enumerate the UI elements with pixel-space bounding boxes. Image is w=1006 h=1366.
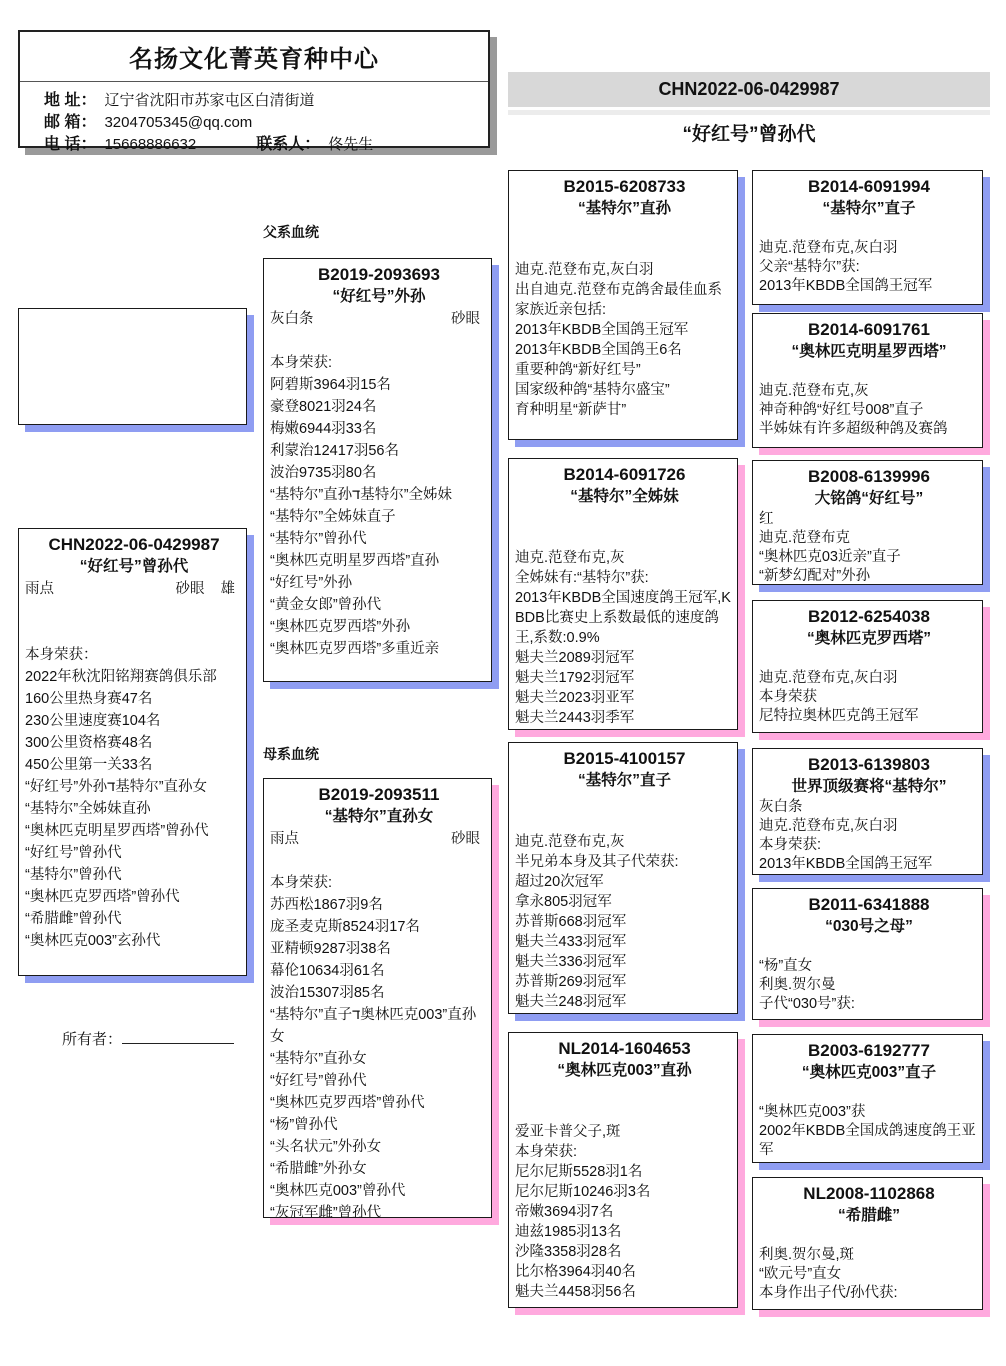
pedigree-line: “基特尔”直子ד奥林匹克003”直孙女 (270, 1004, 488, 1048)
ring-number: B2019-2093511 (270, 784, 488, 806)
pedigree-line: “欧元号”直女 (759, 1265, 979, 1284)
pedigree-details: 利奥.贺尔曼,斑“欧元号”直女本身作出子代/孙代获: (759, 1227, 979, 1303)
pedigree-line (515, 508, 734, 528)
pedigree-details: 本身荣获:阿碧斯3964羽15名豪登8021羽24名梅嫩6944羽33名利蒙治1… (270, 330, 488, 660)
ring-number: B2013-6139803 (759, 754, 979, 776)
ring-number: B2012-6254038 (759, 606, 979, 628)
pedigree-line: 利奥.贺尔曼 (759, 976, 979, 995)
pedigree-line: “基特尔”直孙ד基特尔”全姊妹 (270, 484, 488, 506)
pedigree-details: 迪克.范登布克,灰神奇种鸽“好红号008”直子半姊妹有许多超级种鸽及赛鸽 (759, 363, 979, 439)
pedigree-line: 豪登8021羽24名 (270, 396, 488, 418)
pedigree-line: 魁夫兰248羽冠军 (515, 992, 734, 1012)
feather-color: 雨点 (25, 578, 54, 600)
pedigree-line: “基特尔”曾孙代 (25, 864, 243, 886)
traits-row: 灰白条 砂眼 (270, 308, 488, 330)
pedigree-details: 本身荣获:苏西松1867羽9名庞圣麦克斯8524羽17名亚精顿9287羽38名幕… (270, 850, 488, 1218)
pedigree-line: “奥林匹克03近亲”直子 (759, 548, 979, 567)
pigeon-name: “基特尔”直孙 (515, 198, 734, 220)
pedigree-line: 利蒙治12417羽56名 (270, 440, 488, 462)
ring-number: B2019-2093693 (270, 264, 488, 286)
pedigree-line: “灰冠军雌”曾孙代 (270, 1202, 488, 1218)
pigeon-name: “基特尔”直子 (759, 198, 979, 220)
pedigree-line: “基特尔”直孙女 (270, 1048, 488, 1070)
pedigree-line: “基特尔”全姊妹直子 (270, 506, 488, 528)
ring-number: B2015-6208733 (515, 176, 734, 198)
pedigree-line (270, 330, 488, 352)
pedigree-line (270, 850, 488, 872)
photo-placeholder-box (18, 308, 247, 425)
breeder-center-name: 名扬文化菁英育种中心 (20, 39, 488, 74)
pedigree-line: 育种明星“新萨甘” (515, 400, 734, 420)
pedigree-line: 苏普斯668羽冠军 (515, 912, 734, 932)
great-grandparent-box-5: B2013-6139803 世界顶级赛将“基特尔” 灰白条迪克.范登布克,灰白羽… (752, 748, 983, 875)
pedigree-line: “基特尔”曾孙代 (270, 528, 488, 550)
pedigree-line (759, 363, 979, 382)
grandparent-box-2: B2014-6091726 “基特尔”全姊妹 迪克.范登布克,灰全姊妹有:“基特… (508, 458, 738, 730)
pedigree-line (515, 528, 734, 548)
pedigree-line: “奥林匹克003”曾孙代 (270, 1180, 488, 1202)
pedigree-line: 苏普斯269羽冠军 (515, 972, 734, 992)
pedigree-line: “黄金女郎”曾孙代 (270, 594, 488, 616)
pedigree-line: “好红号”外孙 (270, 572, 488, 594)
ring-number: B2014-6091994 (759, 176, 979, 198)
pedigree-line: 苏西松1867羽9名 (270, 894, 488, 916)
pedigree-line: “希腊雌”曾孙代 (25, 908, 243, 930)
breeder-header-box: 名扬文化菁英育种中心 地 址： 辽宁省沈阳市苏家屯区白清街道 邮 箱： 3204… (18, 30, 490, 148)
pedigree-line: 2013年KBDB全国鸽王冠军 (759, 855, 979, 874)
pedigree-line: 重要种鸽“新好红号” (515, 360, 734, 380)
pedigree-details: 迪克.范登布克,灰白羽本身荣获尼特拉奥林匹克鸽王冠军 (759, 650, 979, 726)
address-label: 地 址： (44, 90, 96, 112)
ring-number: B2003-6192777 (759, 1040, 979, 1062)
phone-row: 电 话： 15668886632 联系人： 佟先生 (20, 134, 488, 156)
pedigree-line: “奥林匹克003”玄孙代 (25, 930, 243, 952)
pedigree-line: 帝嫩3694羽7名 (515, 1202, 734, 1222)
pigeon-name: “基特尔”直子 (515, 770, 734, 792)
pedigree-line: 爱亚卡普父子,斑 (515, 1122, 734, 1142)
pedigree-line: 波治15307羽85名 (270, 982, 488, 1004)
pedigree-line: 尼尔尼斯10246羽3名 (515, 1182, 734, 1202)
ring-number: B2014-6091761 (759, 319, 979, 341)
pedigree-line: 魁夫兰2023羽亚军 (515, 688, 734, 708)
great-grandparent-box-8: NL2008-1102868 “希腊雌” 利奥.贺尔曼,斑“欧元号”直女本身作出… (752, 1177, 983, 1310)
pedigree-line: “好红号”曾孙代 (270, 1070, 488, 1092)
pigeon-name: “希腊雌” (759, 1205, 979, 1227)
pedigree-line: 2022年秋沈阳铭翔赛鸽俱乐部 (25, 666, 243, 688)
great-grandparent-box-2: B2014-6091761 “奥林匹克明星罗西塔” 迪克.范登布克,灰神奇种鸽“… (752, 313, 983, 448)
pigeon-name: “基特尔”直孙女 (270, 806, 488, 828)
email-value: 3204705345@qq.com (104, 112, 252, 134)
pigeon-name: “奥林匹克003”直子 (759, 1062, 979, 1084)
pedigree-line: 梅嫩6944羽33名 (270, 418, 488, 440)
pedigree-line: 300公里资格赛48名 (25, 732, 243, 754)
pedigree-line (25, 600, 243, 622)
pedigree-line: 迪兹1985羽13名 (515, 1222, 734, 1242)
pedigree-line: 比尔格3964羽40名 (515, 1262, 734, 1282)
pedigree-line: 魁夫兰4458羽56名 (515, 1282, 734, 1302)
pedigree-line: 2013年KBDB全国速度鸽王冠军,KBDB比赛史上系数最低的速度鸽王,系数:0… (515, 588, 734, 648)
pedigree-line: 2013年KBDB全国鸽王6名 (515, 340, 734, 360)
pedigree-line: 幕伦10634羽61名 (270, 960, 488, 982)
pedigree-line: 2002年KBDB全国成鸽速度鸽王亚军 (759, 1122, 979, 1160)
contact-value: 佟先生 (328, 134, 373, 156)
pedigree-line: 迪克.范登布克,灰 (515, 548, 734, 568)
eye-color: 砂眼 (451, 308, 480, 330)
pedigree-line: 利奥.贺尔曼,斑 (759, 1246, 979, 1265)
great-grandparent-box-6: B2011-6341888 “030号之母” “杨”直女利奥.贺尔曼子代“030… (752, 888, 983, 1020)
sex: 雄 (221, 578, 236, 600)
ring-number: B2011-6341888 (759, 894, 979, 916)
owner-label: 所有者： (62, 1031, 122, 1048)
grandparent-box-1: B2015-6208733 “基特尔”直孙 迪克.范登布克,灰白羽出自迪克.范登… (508, 170, 738, 440)
pedigree-line: 迪克.范登布克,灰 (515, 832, 734, 852)
header-divider (20, 81, 488, 82)
pedigree-line: 本身荣获 (759, 688, 979, 707)
pedigree-line (515, 1102, 734, 1122)
pigeon-name: “030号之母” (759, 916, 979, 938)
great-grandparent-box-1: B2014-6091994 “基特尔”直子 迪克.范登布克,灰白羽父亲“基特尔”… (752, 170, 983, 305)
grandparent-box-3: B2015-4100157 “基特尔”直子 迪克.范登布克,灰半兄弟本身及其子代… (508, 742, 738, 1014)
subject-pigeon-box: CHN2022-06-0429987 “好红号”曾孙代 雨点 砂眼 雄 本身荣获… (18, 528, 247, 976)
pedigree-line: 魁夫兰1792羽冠军 (515, 668, 734, 688)
pedigree-line: “基特尔”全姊妹直孙 (25, 798, 243, 820)
ring-number: NL2008-1102868 (759, 1183, 979, 1205)
pedigree-line: “希腊雌”外孙女 (270, 1158, 488, 1180)
pedigree-line: “好红号”曾孙代 (25, 842, 243, 864)
pedigree-line: 魁夫兰2089羽冠军 (515, 648, 734, 668)
address-row: 地 址： 辽宁省沈阳市苏家屯区白清街道 (20, 90, 488, 112)
pedigree-line: 本身作出子代/孙代获: (759, 1284, 979, 1303)
eye-color: 砂眼 (451, 828, 480, 850)
grandparent-box-4: NL2014-1604653 “奥林匹克003”直孙 爱亚卡普父子,斑本身荣获:… (508, 1032, 738, 1308)
pedigree-line: 庞圣麦克斯8524羽17名 (270, 916, 488, 938)
pedigree-line: 波治9735羽80名 (270, 462, 488, 484)
pedigree-details: 迪克.范登布克,灰半兄弟本身及其子代荣获:超过20次冠军拿永805羽冠军苏普斯6… (515, 792, 734, 1012)
pedigree-line: 沙隆3358羽28名 (515, 1242, 734, 1262)
pedigree-line: “头名状元”外孙女 (270, 1136, 488, 1158)
pigeon-name: “好红号”外孙 (270, 286, 488, 308)
great-grandparent-box-7: B2003-6192777 “奥林匹克003”直子 “奥林匹克003”获2002… (752, 1034, 983, 1163)
pedigree-line: 本身荣获: (759, 836, 979, 855)
ring-number-bar: CHN2022-06-0429987 (508, 72, 990, 107)
pedigree-line: 迪克.范登布克,灰白羽 (759, 239, 979, 258)
pedigree-line: 迪克.范登布克,灰白羽 (515, 260, 734, 280)
pedigree-line: 2013年KBDB全国鸽王冠军 (759, 277, 979, 296)
pedigree-line: 父亲“基特尔”获: (759, 258, 979, 277)
sire-line-label: 父系血统 (263, 222, 319, 242)
pedigree-line: 160公里热身赛47名 (25, 688, 243, 710)
pedigree-details: 灰白条迪克.范登布克,灰白羽本身荣获:2013年KBDB全国鸽王冠军 (759, 798, 979, 874)
pedigree-line: 魁夫兰336羽冠军 (515, 952, 734, 972)
pigeon-name: 大铭鸽“好红号” (759, 488, 979, 510)
pedigree-details: “奥林匹克003”获2002年KBDB全国成鸽速度鸽王亚军 (759, 1084, 979, 1160)
pedigree-line: 家族近亲包括: (515, 300, 734, 320)
pedigree-details: 迪克.范登布克,灰白羽出自迪克.范登布克鸽舍最佳血系家族近亲包括:2013年KB… (515, 220, 734, 420)
pedigree-line: “奥林匹克明星罗西塔”直孙 (270, 550, 488, 572)
pedigree-line (515, 1082, 734, 1102)
pedigree-details: 红迪克.范登布克“奥林匹克03近亲”直子“新梦幻配对”外孙 (759, 510, 979, 585)
phone-value: 15668886632 (104, 134, 196, 156)
pedigree-line: “奥林匹克明星罗西塔”曾孙代 (25, 820, 243, 842)
pedigree-line: 半姊妹有许多超级种鸽及赛鸽 (759, 420, 979, 439)
ring-number: B2015-4100157 (515, 748, 734, 770)
pedigree-line: 本身荣获: (515, 1142, 734, 1162)
great-grandparent-box-3: B2008-6139996 大铭鸽“好红号” 红迪克.范登布克“奥林匹克03近亲… (752, 460, 983, 585)
pedigree-line: 红 (759, 510, 979, 529)
pedigree-line: 迪克.范登布克,灰白羽 (759, 669, 979, 688)
pigeon-name: “好红号”曾孙代 (25, 556, 243, 578)
pigeon-name: “基特尔”全姊妹 (515, 486, 734, 508)
pedigree-line (515, 812, 734, 832)
feather-color: 灰白条 (270, 308, 314, 330)
pedigree-line: “杨”曾孙代 (270, 1114, 488, 1136)
pedigree-line: 迪克.范登布克,灰 (759, 382, 979, 401)
pedigree-line (515, 220, 734, 240)
owner-signature-line (122, 1029, 234, 1044)
pedigree-line: 尼尔尼斯5528羽1名 (515, 1162, 734, 1182)
pedigree-line: “奥林匹克罗西塔”曾孙代 (270, 1092, 488, 1114)
pedigree-line: 出自迪克.范登布克鸽舍最佳血系 (515, 280, 734, 300)
ring-bar-strip (508, 110, 990, 115)
ring-number: B2008-6139996 (759, 466, 979, 488)
pedigree-line (759, 650, 979, 669)
dam-box: B2019-2093511 “基特尔”直孙女 雨点 砂眼 本身荣获:苏西松186… (263, 778, 492, 1218)
pedigree-line: 子代“030号”获: (759, 995, 979, 1014)
pigeon-name: “奥林匹克明星罗西塔” (759, 341, 979, 363)
pedigree-line: 超过20次冠军 (515, 872, 734, 892)
pedigree-line: 2013年KBDB全国鸽王冠军 (515, 320, 734, 340)
pedigree-details: 迪克.范登布克,灰白羽父亲“基特尔”获:2013年KBDB全国鸽王冠军 (759, 220, 979, 296)
eye-color: 砂眼 (176, 578, 205, 600)
sire-box: B2019-2093693 “好红号”外孙 灰白条 砂眼 本身荣获:阿碧斯396… (263, 258, 492, 682)
pedigree-line: 本身荣获: (270, 352, 488, 374)
address-value: 辽宁省沈阳市苏家屯区白清街道 (104, 90, 314, 112)
pedigree-line: 迪克.范登布克 (759, 529, 979, 548)
pedigree-line: 230公里速度赛104名 (25, 710, 243, 732)
ring-number: B2014-6091726 (515, 464, 734, 486)
pedigree-line (759, 1084, 979, 1103)
ring-number: NL2014-1604653 (515, 1038, 734, 1060)
pedigree-line (515, 792, 734, 812)
pedigree-details: 迪克.范登布克,灰全姊妹有:“基特尔”获:2013年KBDB全国速度鸽王冠军,K… (515, 508, 734, 728)
pedigree-line (759, 1227, 979, 1246)
pedigree-line: 国家级种鸽“基特尔盛宝” (515, 380, 734, 400)
pedigree-line: 魁夫兰433羽冠军 (515, 932, 734, 952)
pedigree-line: 魁夫兰2443羽季军 (515, 708, 734, 728)
pedigree-line: “好红号”外孙ד基特尔”直孙女 (25, 776, 243, 798)
phone-label: 电 话： (44, 134, 96, 156)
pedigree-details: 爱亚卡普父子,斑本身荣获:尼尔尼斯5528羽1名尼尔尼斯10246羽3名帝嫩36… (515, 1082, 734, 1302)
pedigree-line: “新梦幻配对”外孙 (759, 567, 979, 585)
feather-color: 雨点 (270, 828, 299, 850)
owner-row: 所有者： (62, 1028, 234, 1049)
email-row: 邮 箱： 3204705345@qq.com (20, 112, 488, 134)
pigeon-name: “奥林匹克003”直孙 (515, 1060, 734, 1082)
pedigree-line: “奥林匹克罗西塔”外孙 (270, 616, 488, 638)
contact-label: 联系人： (256, 134, 320, 156)
great-grandparent-box-4: B2012-6254038 “奥林匹克罗西塔” 迪克.范登布克,灰白羽本身荣获尼… (752, 600, 983, 733)
pedigree-line (759, 938, 979, 957)
traits-row: 雨点 砂眼 (270, 828, 488, 850)
pedigree-details: “杨”直女利奥.贺尔曼子代“030号”获: (759, 938, 979, 1014)
pedigree-line: “奥林匹克罗西塔”多重近亲 (270, 638, 488, 660)
pedigree-line: 本身荣获: (270, 872, 488, 894)
pedigree-line: 尼特拉奥林匹克鸽王冠军 (759, 707, 979, 726)
pedigree-line: 拿永805羽冠军 (515, 892, 734, 912)
pedigree-line: 半兄弟本身及其子代荣获: (515, 852, 734, 872)
pigeon-name: “奥林匹克罗西塔” (759, 628, 979, 650)
pedigree-line: 灰白条 (759, 798, 979, 817)
pedigree-line: 迪克.范登布克,灰白羽 (759, 817, 979, 836)
pigeon-name: 世界顶级赛将“基特尔” (759, 776, 979, 798)
pedigree-line: 450公里第一关33名 (25, 754, 243, 776)
pedigree-line (759, 220, 979, 239)
pedigree-line: 本身荣获： (25, 644, 243, 666)
pedigree-line: “杨”直女 (759, 957, 979, 976)
pedigree-line: 神奇种鸽“好红号008”直子 (759, 401, 979, 420)
pedigree-line (25, 622, 243, 644)
pedigree-line: “奥林匹克罗西塔”曾孙代 (25, 886, 243, 908)
pedigree-line: 亚精顿9287羽38名 (270, 938, 488, 960)
pedigree-title: “好红号”曾孙代 (508, 119, 990, 146)
ring-number: CHN2022-06-0429987 (25, 534, 243, 556)
pedigree-details: 本身荣获：2022年秋沈阳铭翔赛鸽俱乐部160公里热身赛47名230公里速度赛1… (25, 600, 243, 952)
dam-line-label: 母系血统 (263, 744, 319, 764)
pedigree-line: 全姊妹有:“基特尔”获: (515, 568, 734, 588)
pedigree-line: “奥林匹克003”获 (759, 1103, 979, 1122)
pedigree-line: 阿碧斯3964羽15名 (270, 374, 488, 396)
traits-row: 雨点 砂眼 雄 (25, 578, 243, 600)
pedigree-line (515, 240, 734, 260)
email-label: 邮 箱： (44, 112, 96, 134)
